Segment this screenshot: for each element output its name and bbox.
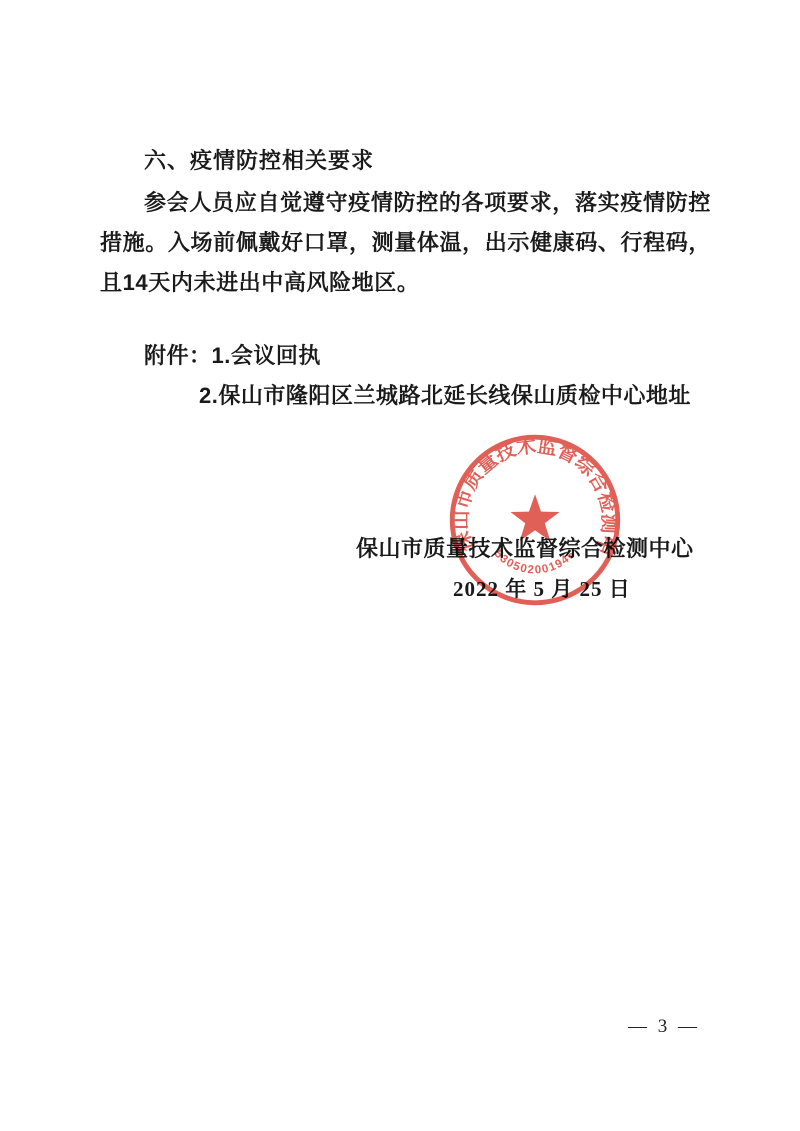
official-seal: 保山市质量技术监督综合检测中心 530502001946 xyxy=(446,431,624,609)
seal-code: 530502001946 xyxy=(492,548,579,577)
attachment-item-1: 1.会议回执 xyxy=(212,343,321,368)
section-heading: 六、疫情防控相关要求 xyxy=(100,141,711,181)
seal-star-icon xyxy=(510,494,559,541)
seal-arc-text: 保山市质量技术监督综合检测中心 xyxy=(446,431,621,558)
body-paragraph: 参会人员应自觉遵守疫情防控的各项要求，落实疫情防控措施。入场前佩戴好口罩，测量体… xyxy=(100,183,711,303)
document-page: 六、疫情防控相关要求 参会人员应自觉遵守疫情防控的各项要求，落实疫情防控措施。入… xyxy=(0,0,800,1131)
official-seal-svg: 保山市质量技术监督综合检测中心 530502001946 xyxy=(446,431,624,609)
page-number: — 3 — xyxy=(628,1016,700,1038)
attachments-label: 附件： xyxy=(144,343,212,368)
attachments-block: 附件：1.会议回执 2.保山市隆阳区兰城路北延长线保山质检中心地址 xyxy=(100,336,711,416)
attachment-item-2: 2.保山市隆阳区兰城路北延长线保山质检中心地址 xyxy=(100,376,711,416)
attachment-line-1: 附件：1.会议回执 xyxy=(100,336,711,376)
document-body: 六、疫情防控相关要求 参会人员应自觉遵守疫情防控的各项要求，落实疫情防控措施。入… xyxy=(100,141,711,416)
